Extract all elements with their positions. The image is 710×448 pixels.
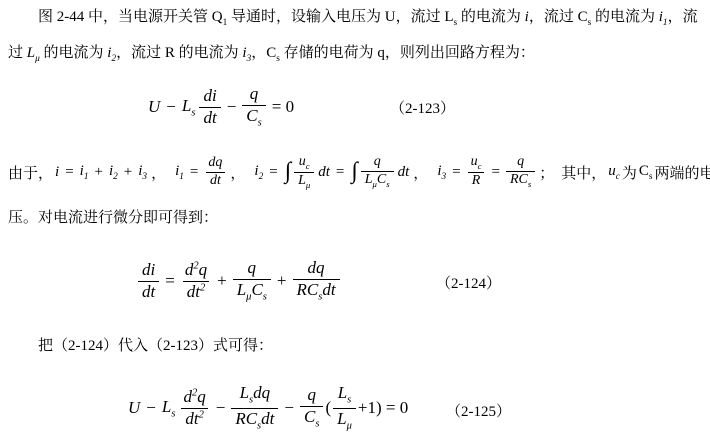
var-base: C <box>519 172 528 187</box>
numerator: dq <box>304 258 329 278</box>
paragraph-substitution: 把（2-124）代入（2-123）式可得： <box>8 331 273 361</box>
integral-sign: ∫ <box>351 160 357 183</box>
numerator: q <box>246 84 263 104</box>
var-base: C <box>639 163 649 179</box>
var-base: R <box>235 409 245 428</box>
denominator: dt <box>138 281 159 302</box>
equals-operator: = <box>65 164 73 181</box>
var-subscript: 3 <box>441 172 446 182</box>
var-subscript: 1 <box>179 172 184 182</box>
text-run: 图 2-44 中，当电源开关管 <box>38 9 212 25</box>
equation-label-2-124: （2-124） <box>436 272 501 293</box>
var-i1: i1 <box>175 163 184 182</box>
denominator: RCsdt <box>293 279 340 304</box>
text-run: 由于， <box>8 162 53 183</box>
var-superscript: 2 <box>200 282 205 293</box>
var-i2: i2 <box>109 163 118 182</box>
var-base: C <box>578 9 588 25</box>
var-base: dt <box>187 282 200 301</box>
fraction-Ls-Lmu: LsLμ <box>333 383 356 432</box>
integral-sign: ∫ <box>285 160 291 183</box>
var-uc: uc <box>608 163 620 182</box>
numerator: q <box>513 154 528 171</box>
fraction-q-Cs: qCs <box>242 84 265 129</box>
var-base: C <box>307 280 318 299</box>
left-paren: ( <box>325 398 331 418</box>
var-subscript: c <box>616 172 620 182</box>
var-i: i <box>55 164 59 181</box>
var-subscript: 2 <box>113 172 118 182</box>
var-base: u <box>608 163 616 179</box>
var-base: dt <box>185 409 198 428</box>
equals-operator: = <box>165 271 175 291</box>
var-base: C <box>246 106 257 125</box>
text-run: 的电流为 <box>457 9 525 25</box>
var-base: L <box>338 383 347 402</box>
var-base: u <box>471 154 478 169</box>
equation-label-2-125: （2-125） <box>446 400 511 421</box>
comma: ， <box>230 162 245 183</box>
fraction-dq-dt: dqdt <box>204 155 226 190</box>
var-Q1: Q1 <box>212 9 228 25</box>
equation-label-2-123: （2-123） <box>390 97 455 118</box>
denominator: RCsdt <box>231 408 278 433</box>
differential-dt: dt <box>398 164 410 181</box>
text-run: ， <box>251 45 266 61</box>
numerator: Lsdq <box>236 383 275 407</box>
numerator: di <box>199 86 220 106</box>
tail-plus-one-equals-zero: +1) = 0 <box>358 398 408 418</box>
var-base: Q <box>212 9 223 25</box>
var-base: q <box>197 387 206 406</box>
plus-operator: + <box>217 271 227 291</box>
var-subscript: 1 <box>84 172 89 182</box>
text-run: 导通时，设输入电压为 U，流过 <box>227 9 444 25</box>
equals-zero: = 0 <box>272 97 294 117</box>
var-base: L <box>298 173 306 188</box>
comma: ， <box>413 162 428 183</box>
equals-operator: = <box>491 164 499 181</box>
numerator: q <box>244 258 261 278</box>
var-superscript: 2 <box>199 409 204 420</box>
denominator: R <box>468 172 485 190</box>
text-run: ，流过 <box>529 9 578 25</box>
semicolon: ； <box>539 162 554 183</box>
fraction-dq-RCsdt: dqRCsdt <box>293 258 340 303</box>
fraction-q-LmuCs: qLμCs <box>233 258 271 303</box>
text-run: 两端的电 <box>655 162 710 183</box>
fraction-q-LmuCs: qLμCs <box>361 154 394 189</box>
paragraph-derivation-line2: 压。对电流进行微分即可得到： <box>8 203 218 233</box>
var-Cs: Cs <box>266 45 280 61</box>
minus-operator: − <box>146 398 156 418</box>
equals-operator: = <box>190 164 198 181</box>
var-base: L <box>27 45 35 61</box>
denominator: dt2 <box>181 408 208 429</box>
equation-2-123: U − Ls didt − qCs = 0 <box>146 86 298 128</box>
text-run: ，流过 R 的电流为 <box>116 45 242 61</box>
var-subscript: μ <box>306 179 310 189</box>
fraction-q-Cs: qCs <box>300 385 323 430</box>
var-base: L <box>162 397 171 416</box>
document-page: 图 2-44 中，当电源开关管 Q1 导通时，设输入电压为 U，流过 Ls 的电… <box>0 0 710 448</box>
equation-2-124: didt = d2qdt2 + qLμCs + dqRCsdt <box>136 256 342 306</box>
var-subscript: s <box>386 179 389 189</box>
denominator: Lμ <box>294 172 314 190</box>
fraction-q-RCs: qRCs <box>506 154 535 189</box>
plus-operator: + <box>277 271 287 291</box>
fraction-uc-R: ucR <box>467 154 486 189</box>
differential-dt: dt <box>318 164 330 181</box>
var-base: L <box>237 280 246 299</box>
numerator: di <box>138 260 159 280</box>
minus-operator: − <box>227 97 237 117</box>
denominator: dt <box>206 172 225 190</box>
var-base: dt <box>261 409 274 428</box>
equals-operator: = <box>452 164 460 181</box>
equation-2-125: U − Ls d2qdt2 − LsdqRCsdt − qCs ( LsLμ +… <box>126 383 408 433</box>
paragraph-derivation-line1: 由于， i = i1 + i2 + i3 ， i1 = dqdt ， i2 = … <box>8 148 710 196</box>
numerator: d2q <box>179 387 209 407</box>
fraction-d2q-dt2: d2qdt2 <box>179 387 209 429</box>
var-Ls: Ls <box>182 96 196 118</box>
minus-operator: − <box>216 398 226 418</box>
numerator: d2q <box>181 260 211 280</box>
minus-operator: − <box>284 398 294 418</box>
numerator: q <box>370 154 385 171</box>
equals-operator: = <box>336 164 344 181</box>
numerator: q <box>303 385 320 405</box>
var-subscript: s <box>263 291 267 302</box>
var-base: C <box>251 280 262 299</box>
numerator: uc <box>467 154 486 171</box>
var-base: C <box>304 407 315 426</box>
text-run: 的电流为 <box>40 45 108 61</box>
var-subscript: c <box>306 161 310 171</box>
denominator: LμCs <box>233 279 271 304</box>
var-base: C <box>377 172 386 187</box>
fraction-di-dt: didt <box>199 86 220 128</box>
var-subscript: μ <box>347 420 352 431</box>
var-base: u <box>299 154 306 169</box>
var-Cs: Cs <box>639 163 653 182</box>
denominator: LμCs <box>361 171 394 189</box>
text-run: 存储的电荷为 q，则列出回路方程为： <box>280 45 535 61</box>
text-run: 压。对电流进行微分即可得到： <box>8 210 218 226</box>
denominator: Cs <box>242 105 265 130</box>
var-i1: i1 <box>80 163 89 182</box>
var-base: C <box>246 409 257 428</box>
numerator: dq <box>204 155 226 172</box>
text-run: 其中， <box>561 162 606 183</box>
denominator: dt <box>199 107 220 128</box>
var-subscript: s <box>315 418 319 429</box>
var-base: R <box>297 280 307 299</box>
denominator: Cs <box>300 406 323 431</box>
var-base: dt <box>322 280 335 299</box>
equals-operator: = <box>269 164 277 181</box>
var-i3: i3 <box>138 163 147 182</box>
var-U: U <box>128 398 140 418</box>
text-run: 把（2-124）代入（2-123）式可得： <box>38 338 273 354</box>
var-i2: i2 <box>107 45 116 61</box>
var-subscript: s <box>171 408 175 419</box>
var-base: d <box>183 387 192 406</box>
var-Lmu: Lμ <box>27 45 40 61</box>
text-run: 为 <box>622 162 637 183</box>
var-i3: i3 <box>242 45 251 61</box>
paragraph-intro: 图 2-44 中，当电源开关管 Q1 导通时，设输入电压为 U，流过 Ls 的电… <box>8 2 706 74</box>
var-subscript: c <box>478 161 482 171</box>
var-subscript: s <box>649 172 653 182</box>
var-base: L <box>365 172 373 187</box>
minus-operator: − <box>166 97 176 117</box>
plus-operator: + <box>94 164 102 181</box>
var-base: L <box>182 96 191 115</box>
denominator: Lμ <box>333 408 356 433</box>
denominator: RCs <box>506 171 535 189</box>
var-subscript: s <box>258 117 262 128</box>
var-subscript: 2 <box>259 172 264 182</box>
var-Ls: Ls <box>444 9 457 25</box>
var-Ls: Ls <box>162 397 176 419</box>
var-subscript: s <box>528 179 531 189</box>
text-run: 的电流为 <box>591 9 659 25</box>
var-base: q <box>199 260 208 279</box>
var-Cs: Cs <box>578 9 592 25</box>
comma: ， <box>151 162 166 183</box>
var-U: U <box>148 97 160 117</box>
var-i1: i1 <box>659 9 668 25</box>
var-subscript: 3 <box>142 172 147 182</box>
fraction-d2q-dt2: d2qdt2 <box>181 260 211 302</box>
var-i3: i3 <box>437 163 446 182</box>
numerator: Ls <box>334 383 356 407</box>
var-subscript: s <box>347 395 351 406</box>
fraction-uc-Lmu: ucLμ <box>294 154 314 189</box>
var-base: dq <box>253 383 270 402</box>
var-base: L <box>337 409 346 428</box>
var-base: C <box>266 45 276 61</box>
fraction-Lsdq-RCsdt: LsdqRCsdt <box>231 383 278 432</box>
var-subscript: s <box>191 107 195 118</box>
var-i2: i2 <box>254 163 263 182</box>
fraction-di-dt: didt <box>138 260 159 302</box>
plus-operator: + <box>124 164 132 181</box>
numerator: uc <box>295 154 314 171</box>
var-base: L <box>240 383 249 402</box>
denominator: dt2 <box>183 281 210 302</box>
var-base: L <box>444 9 453 25</box>
var-base: R <box>510 172 519 187</box>
